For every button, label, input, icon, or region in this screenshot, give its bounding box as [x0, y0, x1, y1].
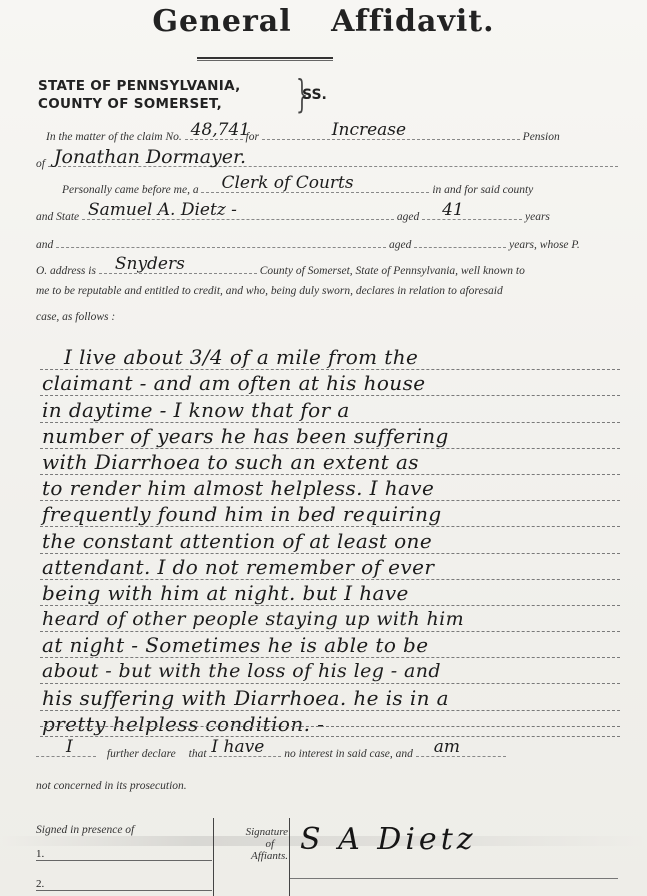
- claimant-row: of Jonathan Dormayer.: [36, 152, 622, 170]
- statement-text: in daytime - I know that for a: [42, 399, 350, 421]
- statement-text: claimant - and am often at his house: [42, 372, 425, 394]
- signature-divider-left: [213, 818, 214, 896]
- official-title-field[interactable]: Clerk of Courts: [201, 178, 429, 193]
- statement-text: about - but with the loss of his leg - a…: [42, 660, 441, 682]
- statement-body: I live about 3/4 of a mile from the clai…: [40, 344, 620, 737]
- reputable-text: me to be reputable and entitled to credi…: [36, 285, 622, 297]
- signature-label-line: Affiants.: [218, 850, 288, 862]
- statement-text: I live about 3/4 of a mile from the: [64, 346, 418, 368]
- witness-1-field[interactable]: 1.: [36, 848, 212, 861]
- statement-text: frequently found him in bed requiring: [42, 503, 442, 525]
- statement-line: number of years he has been suffering: [40, 423, 620, 449]
- official-title-value: Clerk of Courts: [221, 175, 353, 192]
- statement-text: number of years he has been suffering: [42, 425, 449, 447]
- signature-of-affiants-label: Signature of Affiants.: [218, 826, 288, 862]
- am-value: am: [434, 739, 460, 756]
- have-value: I have: [211, 739, 264, 756]
- title-word-general: General: [152, 4, 291, 39]
- claim-number-value: 48,741: [191, 122, 250, 139]
- statement-line: I live about 3/4 of a mile from the: [40, 344, 620, 370]
- statement-text: pretty helpless condition. -: [42, 713, 324, 735]
- po-address-row: O. address is Snyders County of Somerset…: [36, 259, 622, 277]
- claim-prefix-label: In the matter of the claim No.: [46, 131, 182, 143]
- statement-line: in daytime - I know that for a: [40, 396, 620, 422]
- of-label: of: [36, 158, 45, 170]
- statement-line: his suffering with Diarrhoea. he is in a: [40, 684, 620, 710]
- official-row: Personally came before me, a Clerk of Co…: [36, 178, 622, 196]
- state-line: STATE OF PENNSYLVANIA,: [38, 77, 241, 95]
- signature-label-line: Signature: [218, 826, 288, 838]
- and-state-label: and State: [36, 211, 79, 223]
- document-title: General Affidavit.: [0, 4, 647, 39]
- ss-label: SS.: [302, 87, 327, 103]
- county-label: in and for said county: [432, 184, 533, 196]
- statement-line: claimant - and am often at his house: [40, 370, 620, 396]
- affiant2-age-field[interactable]: [414, 233, 506, 248]
- and-label: and: [36, 239, 53, 251]
- po-address-value: Snyders: [115, 256, 185, 273]
- aged-label: aged: [397, 211, 419, 223]
- statement-line: attendant. I do not remember of ever: [40, 554, 620, 580]
- county-state-text: County of Somerset, State of Pennsylvani…: [260, 265, 525, 277]
- affiant2-row: and aged years, whose P.: [36, 233, 622, 251]
- affiant1-name-field[interactable]: Samuel A. Dietz -: [82, 205, 394, 220]
- affiant1-row: and State Samuel A. Dietz - aged 41 year…: [36, 205, 622, 223]
- affiant2-name-field[interactable]: [56, 233, 386, 248]
- that-label: that: [189, 748, 207, 760]
- statement-text: attendant. I do not remember of ever: [42, 556, 434, 578]
- statement-line: being with him at night. but I have: [40, 580, 620, 606]
- statement-end-rule: [40, 726, 620, 727]
- claim-number-field[interactable]: 48,741: [185, 125, 243, 140]
- po-address-field[interactable]: Snyders: [99, 259, 257, 274]
- statement-line: the constant attention of at least one: [40, 527, 620, 553]
- statement-text: his suffering with Diarrhoea. he is in a: [42, 687, 449, 709]
- title-underline: [197, 57, 333, 61]
- affidavit-page: General Affidavit. STATE OF PENNSYLVANIA…: [0, 0, 647, 896]
- affiant1-name-value: Samuel A. Dietz -: [88, 202, 237, 219]
- signature-divider-right: [289, 818, 290, 896]
- statement-line: heard of other people staying up with hi…: [40, 606, 620, 632]
- title-word-affidavit: Affidavit.: [331, 4, 495, 39]
- statement-text: with Diarrhoea to such an extent as: [42, 451, 419, 473]
- signature-label-line: of: [218, 838, 288, 850]
- witness-2-number: 2.: [36, 878, 44, 890]
- claim-row: In the matter of the claim No. 48,741 fo…: [36, 125, 624, 143]
- claimant-value: Jonathan Dormayer.: [54, 149, 246, 166]
- statement-text: heard of other people staying up with hi…: [42, 608, 464, 630]
- affiant1-age-value: 41: [442, 202, 464, 219]
- statement-text: to render him almost helpless. I have: [42, 477, 434, 499]
- claim-type-field[interactable]: Increase: [262, 125, 520, 140]
- statement-text: at night - Sometimes he is able to be: [42, 634, 428, 656]
- county-line: COUNTY OF SOMERSET,: [38, 95, 241, 113]
- statement-line: frequently found him in bed requiring: [40, 501, 620, 527]
- declarant-pronoun-value: I: [66, 739, 73, 756]
- follows-text: case, as follows :: [36, 311, 622, 323]
- statement-text: being with him at night. but I have: [42, 582, 409, 604]
- statement-line: about - but with the loss of his leg - a…: [40, 658, 620, 684]
- claimant-field[interactable]: Jonathan Dormayer.: [48, 152, 618, 167]
- statement-text: the constant attention of at least one: [42, 530, 432, 552]
- statement-line: at night - Sometimes he is able to be: [40, 632, 620, 658]
- statement-line: pretty helpless condition. -: [40, 711, 620, 737]
- po-address-label: O. address is: [36, 265, 96, 277]
- venue-block: STATE OF PENNSYLVANIA, COUNTY OF SOMERSE…: [38, 77, 241, 113]
- am-field[interactable]: am: [416, 742, 506, 757]
- signed-presence-label: Signed in presence of: [36, 824, 134, 836]
- statement-line: with Diarrhoea to such an extent as: [40, 449, 620, 475]
- claim-type-value: Increase: [332, 122, 406, 139]
- further-declare-label: further declare: [107, 748, 176, 760]
- affiant-signature[interactable]: S A Dietz: [300, 822, 477, 857]
- interest-label: no interest in said case, and: [284, 748, 413, 760]
- statement-line: to render him almost helpless. I have: [40, 475, 620, 501]
- witness-2-field[interactable]: 2.: [36, 878, 212, 891]
- years-whose-label: years, whose P.: [509, 239, 580, 251]
- came-before-label: Personally came before me, a: [62, 184, 199, 196]
- declaration-row: I further declare that I have no interes…: [36, 742, 622, 760]
- concern-text: not concerned in its prosecution.: [36, 780, 187, 792]
- affiant1-age-field[interactable]: 41: [422, 205, 522, 220]
- declarant-pronoun-field[interactable]: I: [36, 742, 96, 757]
- have-field[interactable]: I have: [209, 742, 281, 757]
- witness-1-number: 1.: [36, 848, 44, 860]
- years-label: years: [525, 211, 550, 223]
- aged-label-2: aged: [389, 239, 411, 251]
- signature-line: [290, 878, 618, 879]
- pension-label: Pension: [523, 131, 560, 143]
